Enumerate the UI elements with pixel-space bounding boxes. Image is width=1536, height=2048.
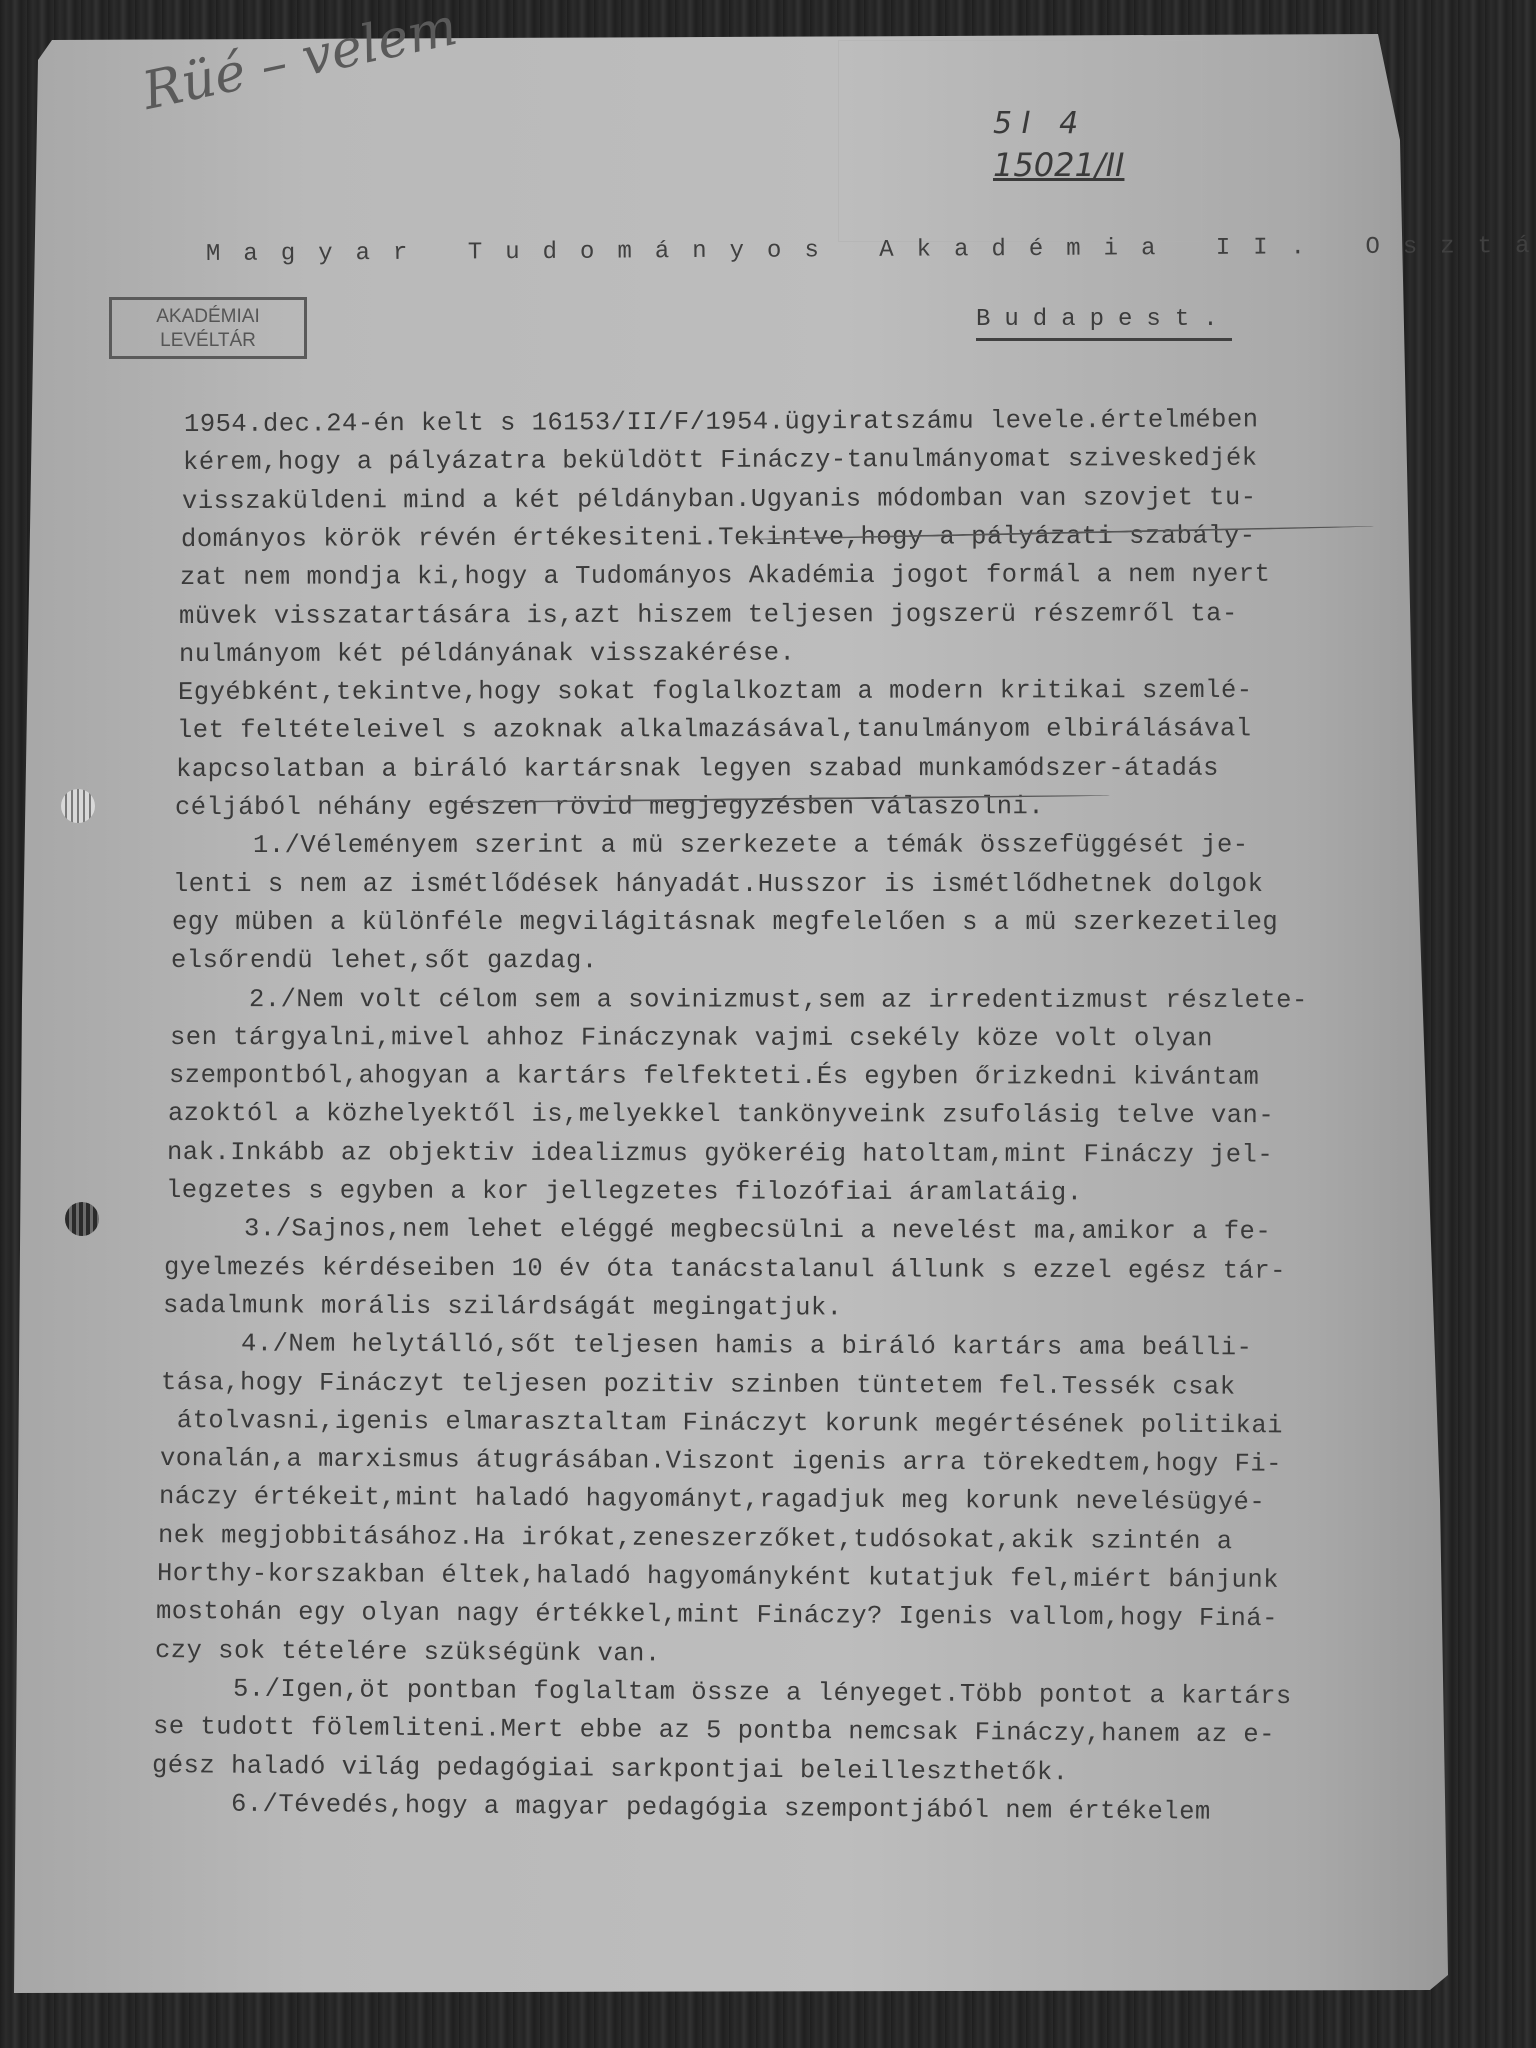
body-line: tása,hogy Fináczyt teljesen pozitiv szin… [161,1370,1236,1400]
body-line: gyelmezés kérdéseiben 10 év óta tanácsta… [164,1255,1286,1284]
body-line: 4./Nem helytálló,sőt teljesen hamis a bi… [162,1331,1252,1361]
body-line: sadalmunk morális szilárdságát megingatj… [163,1293,843,1321]
body-line: dományos körök révén értékesiteni.Tekint… [181,523,1256,552]
body-line: nek megjobbitásához.Ha irókat,zeneszerző… [158,1523,1233,1555]
body-line: 3./Sajnos,nem lehet eléggé megbecsülni a… [165,1216,1271,1245]
body-line: átolvasni,igenis elmarasztaltam Fináczyt… [161,1408,1283,1439]
archive-stamp: AKADÉMIAI LEVÉLTÁR [109,297,307,359]
registry-stamp-box [838,40,1202,242]
archive-stamp-line1: AKADÉMIAI [112,305,304,329]
archive-stamp-line2: LEVÉLTÁR [112,329,304,353]
body-line: Egyébként,tekintve,hogy sokat foglalkozt… [178,678,1253,706]
body-line: nak.Inkább az objektiv idealizmus gyöker… [167,1140,1273,1168]
body-line: 2./Nem volt célom sem a sovinizmust,sem … [170,987,1308,1013]
body-line: azoktól a közhelyektől is,melyekkel tank… [168,1101,1274,1129]
body-line: szempontból,ahogyan a kartárs felfekteti… [169,1063,1259,1090]
body-line: Horthy-korszakban éltek,haladó hagyomány… [157,1561,1279,1593]
body-line: kérem,hogy a pályázatra beküldött Finácz… [183,446,1258,476]
body-line: zat nem mondja ki,hogy a Tudományos Akad… [180,562,1270,591]
body-line: müvek visszatartására is,azt hiszem telj… [179,601,1238,629]
body-line: náczy értékeit,mint haladó hagyományt,ra… [159,1484,1265,1515]
body-line: gész haladó világ pedagógiai sarkpontjai… [152,1753,1069,1786]
registry-mark-line1: 5 I 4 [993,106,1078,141]
body-line: legzetes s egyben a kor jellegzetes filo… [166,1178,1083,1206]
body-line: egy müben a különféle megvilágitásnak me… [172,910,1278,936]
registry-mark-line2: 15021/II [993,146,1124,184]
body-line: sen tárgyalni,mivel ahhoz Fináczynak vaj… [170,1025,1213,1052]
body-line: nulmányom két példányának visszakérése. [179,640,795,667]
body-line: visszaküldeni mind a két példányban.Ugya… [182,485,1257,514]
body-line: 1./Véleményem szerint a mü szerkezete a … [174,833,1249,859]
body-line: let feltételeivel s azoknak alkalmazásáv… [177,717,1252,744]
city-heading: Budapest. [976,308,1232,341]
body-line: elsőrendü lehet,sőt gazdag. [171,948,598,974]
punch-hole [65,1202,99,1236]
body-line: czy sok tételére szükségünk van. [155,1638,661,1667]
body-line: lenti s nem az ismétlődések hányadát.Hus… [173,871,1263,897]
body-line: kapcsolatban a biráló kartársnak legyen … [176,755,1219,782]
punch-hole [61,789,95,823]
body-line: vonalán,a marxismus átugrásában.Viszont … [160,1446,1282,1477]
body-line: 1954.dec.24-én kelt s 16153/II/F/1954.üg… [184,407,1259,437]
